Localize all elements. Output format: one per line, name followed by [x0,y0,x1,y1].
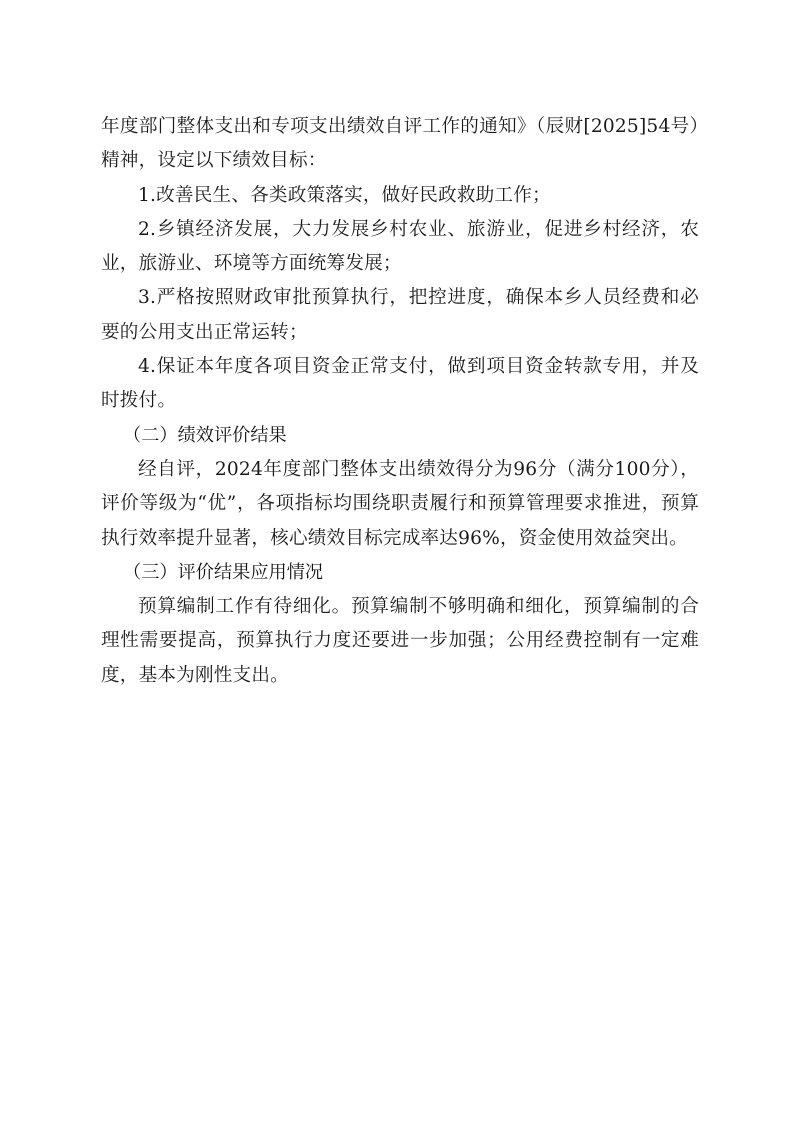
goal-item: 3.严格按照财政审批预算执行，把控进度，确保本乡人员经费和必要的公用支出正常运转… [101,281,699,350]
document-page: 年度部门整体支出和专项支出绩效自评工作的通知》（辰财[2025]54号）精神，设… [101,110,699,693]
results-application-paragraph: 预算编制工作有待细化。预算编制不够明确和细化，预算编制的合理性需要提高，预算执行… [101,590,699,693]
section-heading-results-application: （三）评价结果应用情况 [101,556,699,590]
performance-results-paragraph: 经自评，2024年度部门整体支出绩效得分为96分（满分100分），评价等级为“优… [101,453,699,556]
section-heading-performance-results: （二）绩效评价结果 [101,419,699,453]
goals-list: 1.改善民生、各类政策落实，做好民政救助工作； 2.乡镇经济发展，大力发展乡村农… [101,179,699,419]
goal-item: 1.改善民生、各类政策落实，做好民政救助工作； [101,179,699,213]
intro-paragraph: 年度部门整体支出和专项支出绩效自评工作的通知》（辰财[2025]54号）精神，设… [101,110,699,179]
goal-item: 2.乡镇经济发展，大力发展乡村农业、旅游业，促进乡村经济，农业，旅游业、环境等方… [101,213,699,282]
goal-item: 4.保证本年度各项目资金正常支付，做到项目资金转款专用，并及时拨付。 [101,350,699,419]
